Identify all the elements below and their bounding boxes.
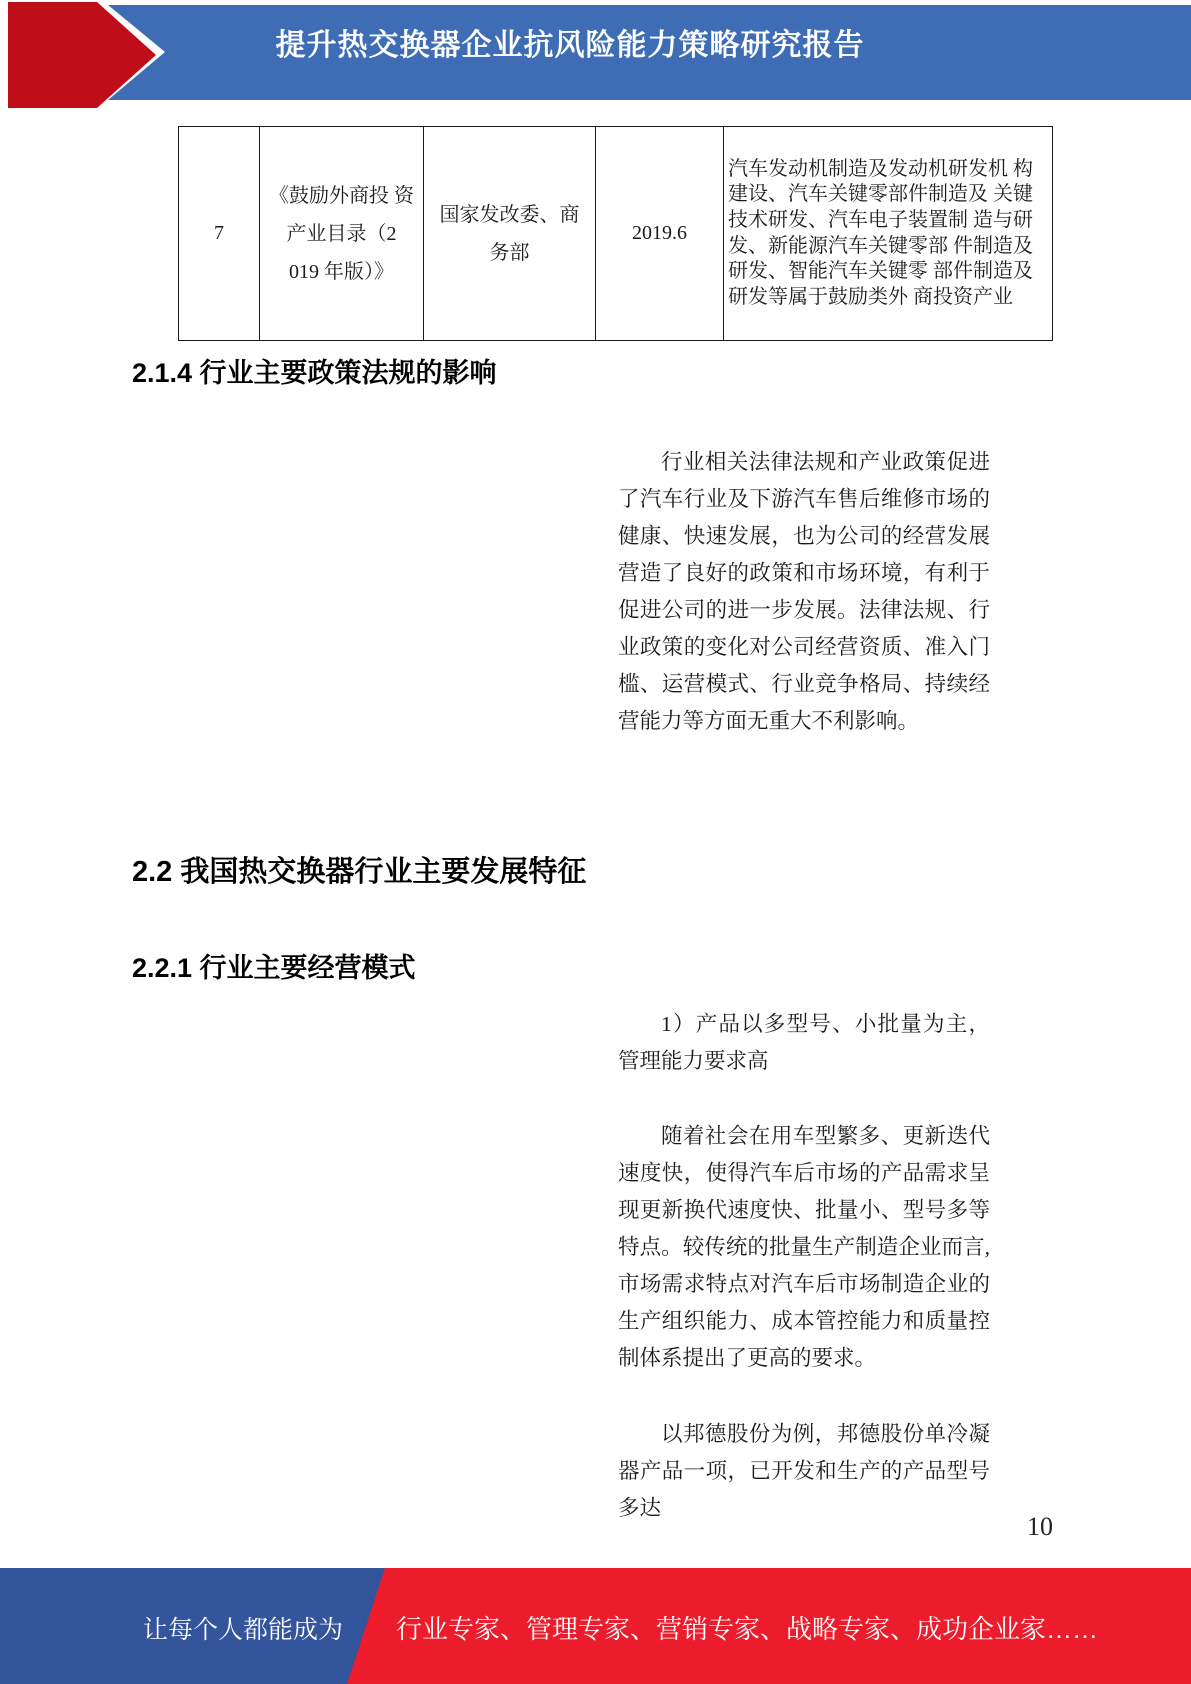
- section-heading-2-1-4: 2.1.4 行业主要政策法规的影响: [132, 352, 497, 394]
- paragraph-subpoint-1: 1）产品以多型号、小批量为主，管理能力要求高: [618, 1006, 990, 1080]
- report-title: 提升热交换器企业抗风险能力策略研究报告: [0, 26, 1140, 66]
- page-number: 10: [1027, 1512, 1053, 1542]
- footer-slogan-left: 让每个人都能成为: [143, 1614, 343, 1646]
- report-page: 提升热交换器企业抗风险能力策略研究报告 7 《鼓励外商投 资 产业目录（2 01…: [0, 0, 1191, 1684]
- footer-slogan-right: 行业专家、管理专家、营销专家、战略专家、成功企业家……: [396, 1613, 1098, 1645]
- section-heading-2-2: 2.2 我国热交换器行业主要发展特征: [132, 851, 586, 893]
- table-row: 7 《鼓励外商投 资 产业目录（2 019 年版）》 国家发改委、商 务部 20…: [179, 127, 1053, 341]
- page-header: 提升热交换器企业抗风险能力策略研究报告: [0, 0, 1191, 118]
- page-footer: 让每个人都能成为 行业专家、管理专家、营销专家、战略专家、成功企业家……: [0, 1568, 1191, 1684]
- paragraph-market-demand: 随着社会在用车型繁多、更新迭代速度快，使得汽车后市场的产品需求呈现更新换代速度快…: [618, 1118, 990, 1377]
- paragraph-policy-impact: 行业相关法律法规和产业政策促进了汽车行业及下游汽车售后维修市场的健康、快速发展，…: [618, 444, 990, 740]
- policy-issuing-body-cell: 国家发改委、商 务部: [424, 127, 596, 341]
- policy-summary-cell: 汽车发动机制造及发动机研发机 构 建设、汽车关键零部件制造及 关键 技术研发、汽…: [724, 127, 1053, 341]
- policy-index-cell: 7: [179, 127, 260, 341]
- policy-name-cell: 《鼓励外商投 资 产业目录（2 019 年版）》: [260, 127, 424, 341]
- section-heading-2-2-1: 2.2.1 行业主要经营模式: [132, 948, 416, 988]
- policy-table: 7 《鼓励外商投 资 产业目录（2 019 年版）》 国家发改委、商 务部 20…: [178, 126, 1053, 341]
- paragraph-bondioli-example: 以邦德股份为例，邦德股份单冷凝器产品一项，已开发和生产的产品型号多达: [618, 1416, 990, 1527]
- policy-table-grid: 7 《鼓励外商投 资 产业目录（2 019 年版）》 国家发改委、商 务部 20…: [178, 126, 1053, 341]
- policy-date-cell: 2019.6: [596, 127, 724, 341]
